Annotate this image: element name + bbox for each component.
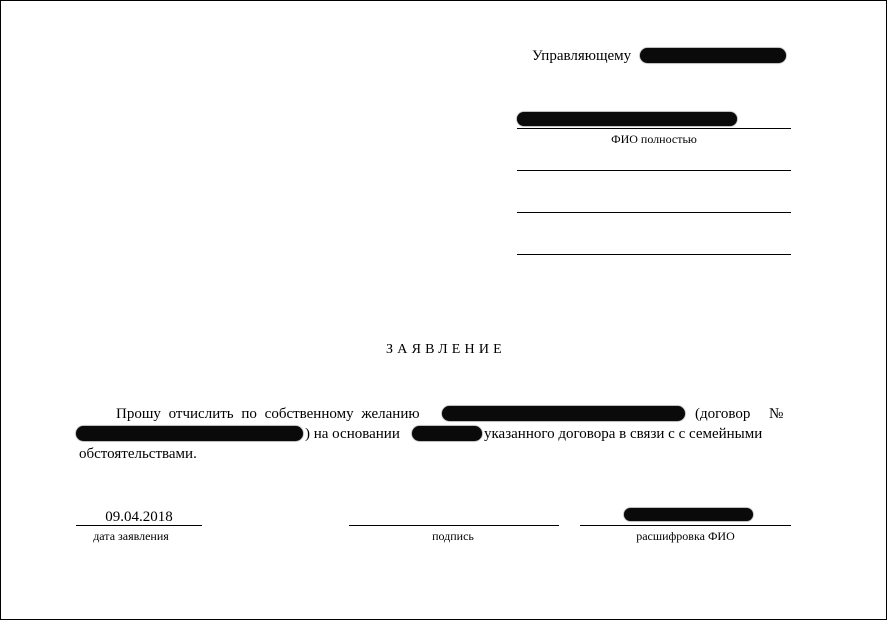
body-contract-label: (договор	[695, 405, 750, 423]
blank-line-3	[517, 254, 791, 255]
name-line	[580, 525, 791, 526]
body-line2-text-a: ) на основании	[305, 425, 400, 443]
document-page: Управляющему ФИО полностью ЗАЯВЛЕНИЕ Про…	[0, 0, 887, 620]
applicant-name-line	[517, 128, 791, 129]
redacted-signature-name	[624, 508, 753, 521]
date-caption: дата заявления	[76, 529, 186, 543]
redacted-student-name	[442, 406, 685, 421]
body-line2-text-b: указанного договора в связи с с семейным…	[484, 425, 762, 443]
applicant-name-caption: ФИО полностью	[517, 132, 791, 146]
addressee-label: Управляющему	[532, 47, 631, 65]
name-caption: расшифровка ФИО	[580, 529, 791, 543]
blank-line-1	[517, 170, 791, 171]
body-line3-text: обстоятельствами.	[79, 445, 197, 463]
redacted-addressee	[640, 48, 786, 63]
blank-line-2	[517, 212, 791, 213]
body-number-sign: №	[769, 405, 783, 423]
document-title: ЗАЯВЛЕНИЕ	[281, 342, 611, 358]
signature-line	[349, 525, 559, 526]
redacted-contract-number	[76, 426, 303, 441]
signature-caption: подпись	[349, 529, 557, 543]
redacted-applicant-name	[517, 112, 737, 126]
date-line	[76, 525, 202, 526]
redacted-basis	[412, 426, 482, 441]
body-line1-text: Прошу отчислить по собственному желанию	[116, 405, 420, 423]
date-value: 09.04.2018	[76, 508, 202, 526]
